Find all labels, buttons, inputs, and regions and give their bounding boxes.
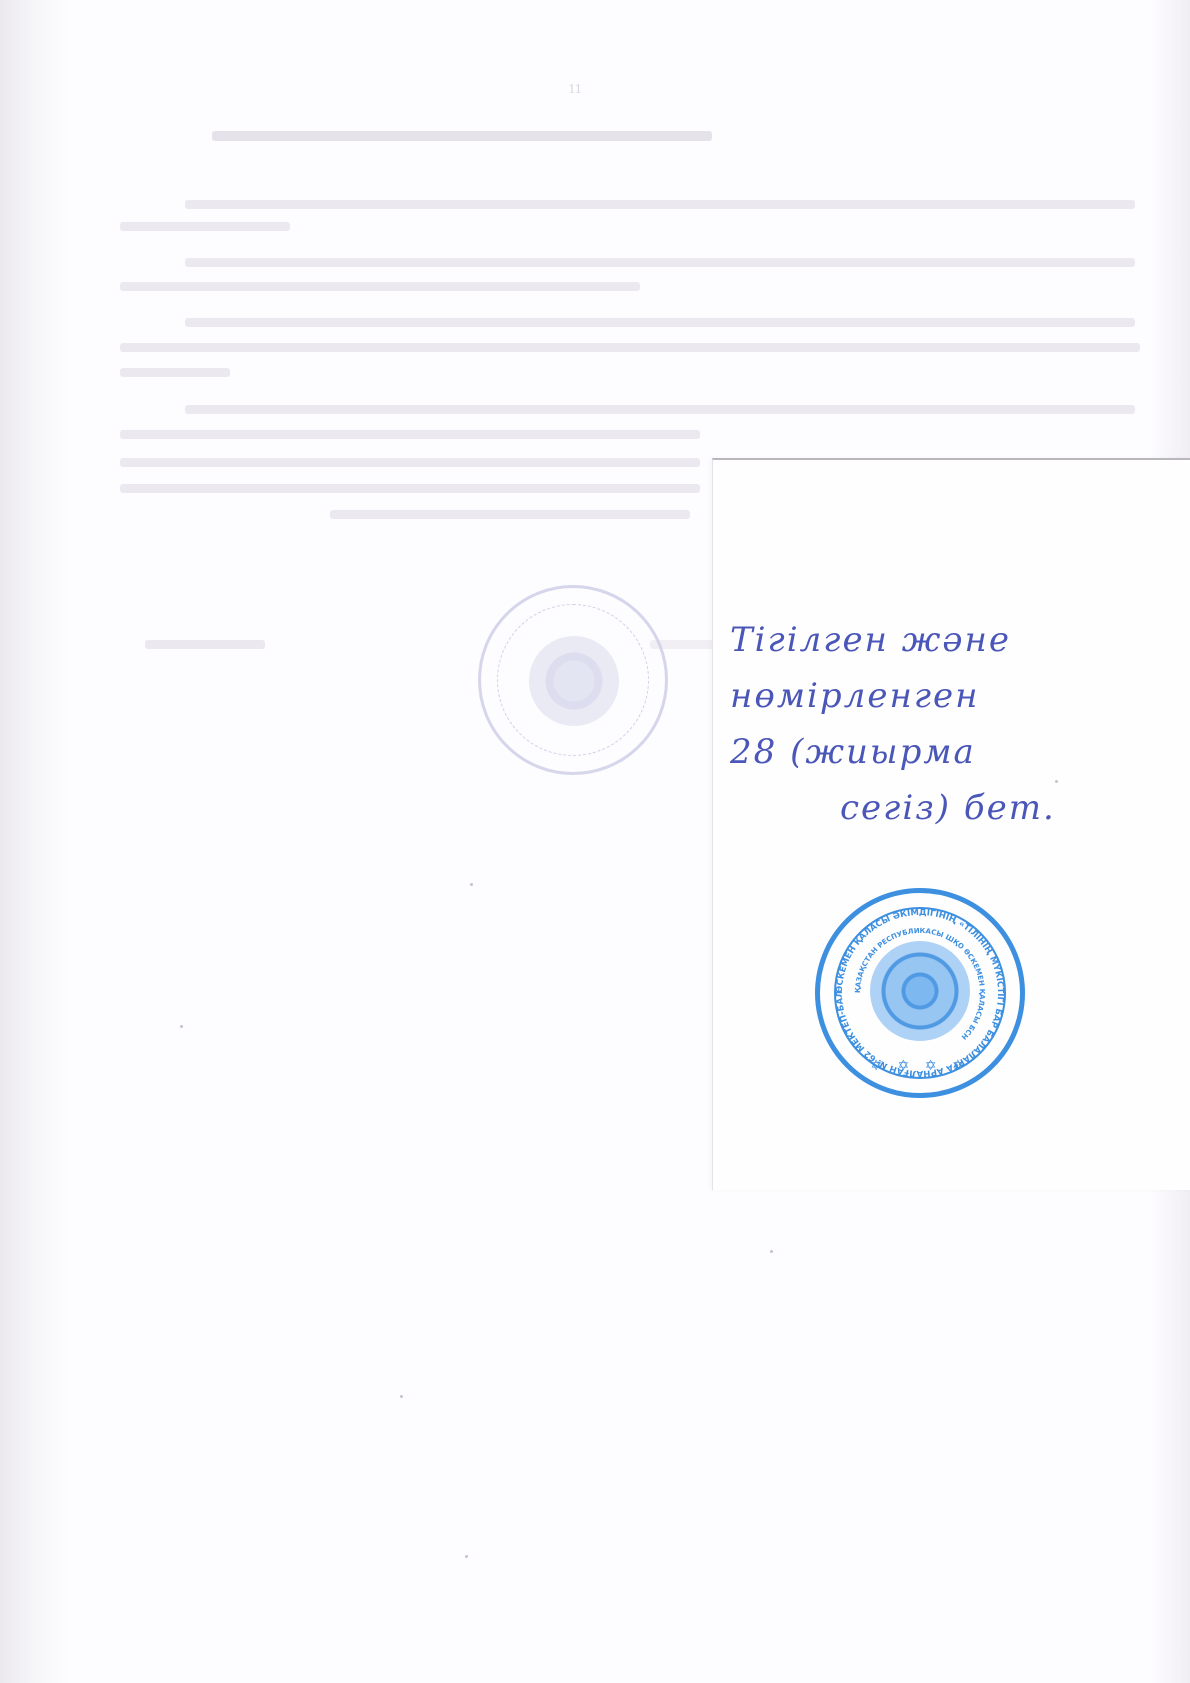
faded-seal — [478, 585, 668, 775]
faded-signature-line — [145, 640, 265, 649]
scan-speck — [180, 1025, 183, 1028]
scan-speck — [1055, 780, 1058, 783]
state-emblem-icon — [870, 941, 970, 1041]
faded-heading-line — [212, 131, 712, 141]
state-emblem-icon — [529, 636, 619, 726]
handwriting-line-1: Тігілген және — [730, 612, 1170, 668]
handwriting-line-3: 28 (жиырма — [730, 724, 1170, 780]
faded-text-line — [120, 430, 700, 439]
handwriting-line-4: сегіз) бет. — [730, 780, 1170, 836]
faded-text-line — [185, 200, 1135, 209]
scan-speck — [470, 883, 473, 886]
handwriting-line-2: нөмірленген — [730, 668, 1170, 724]
scan-speck — [770, 1250, 773, 1253]
page-number: 11 — [560, 82, 590, 98]
handwritten-certification: Тігілген және нөмірленген 28 (жиырма сег… — [730, 612, 1170, 836]
stars-icon: ✡ ✡ ✡ ✡ — [820, 1058, 1020, 1075]
faded-text-line — [120, 343, 1140, 352]
faded-text-line — [185, 318, 1135, 327]
blue-institution-seal: ӨСКЕМЕН ҚАЛАСЫ ӘКІМДІГІНІҢ «ТІЛІНІҢ МҮКІ… — [815, 888, 1025, 1098]
faded-text-line — [120, 222, 290, 231]
faded-text-line — [330, 510, 690, 519]
faded-text-line — [185, 405, 1135, 414]
faded-text-line — [185, 258, 1135, 267]
faded-text-line — [120, 484, 700, 493]
faded-text-line — [120, 282, 640, 291]
scan-speck — [465, 1555, 468, 1558]
faded-text-line — [120, 368, 230, 377]
faded-text-line — [120, 458, 700, 467]
scan-speck — [400, 1395, 403, 1398]
page-edge-shadow-left — [0, 0, 70, 1683]
